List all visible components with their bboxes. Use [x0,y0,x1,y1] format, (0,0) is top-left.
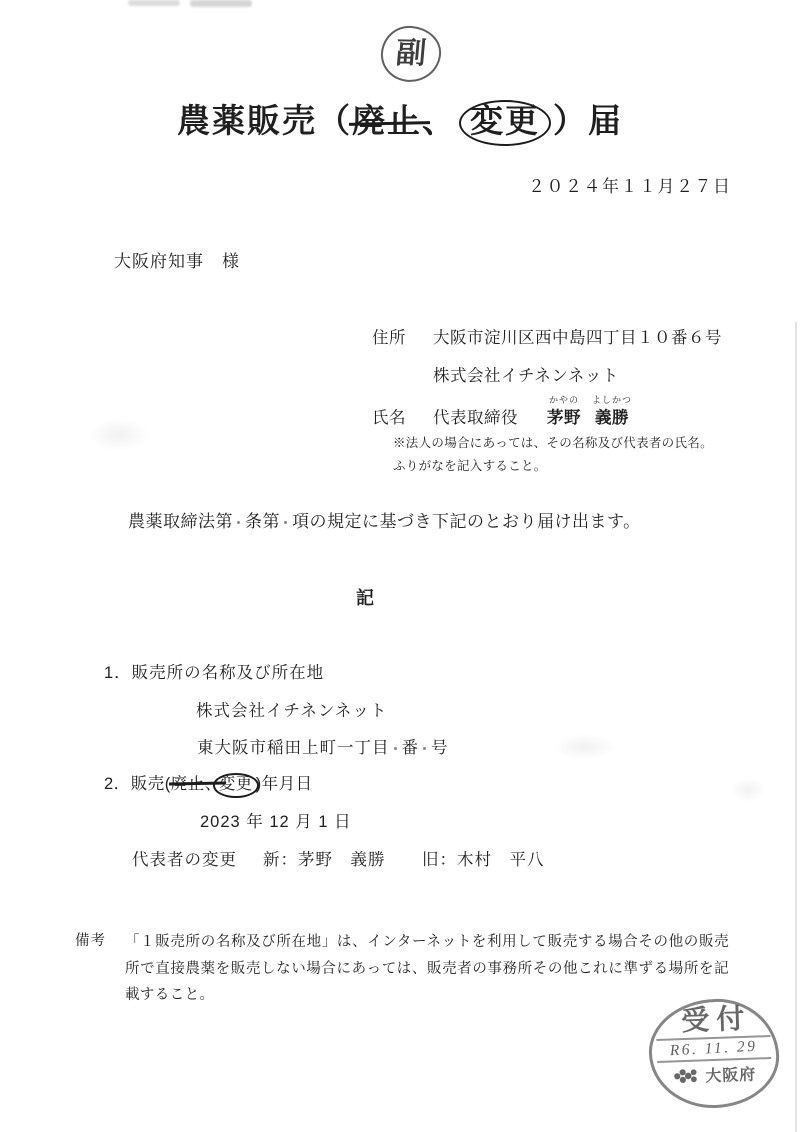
title-struck-haishi: 廃止 [352,98,422,144]
law-sentence: 農薬取締法第条第項の規定に基づき下記のとおり届け出ます。 [128,507,641,532]
title-prefix: 農薬販売（ [177,102,352,139]
section1-company: 株式会社イチネンネット [196,697,387,721]
copy-stamp-label: 副 [395,39,428,69]
last-name-with-furigana: かやの茅野 [547,404,581,428]
note-line-2: ふりがなを記入すること。 [393,455,713,478]
title-circled-henkou: 変更 [459,100,551,146]
old-name: 木村 平八 [457,851,545,869]
section1-address-part1: 東大阪市稲田上町一丁目 [197,739,390,757]
first-name-with-furigana: よしかつ義勝 [595,404,629,428]
receipt-stamp-date: R6. 11. 29 [670,1038,758,1061]
receipt-stamp-office: 大阪府 [673,1062,757,1088]
new-label: 新： [263,851,298,869]
new-name: 茅野 義勝 [298,851,386,869]
address-value: 大阪市淀川区西中島四丁目１０番６号 [433,324,722,348]
first-name: 義勝 [595,409,629,427]
legal-entity-note: ※法人の場合にあっては、その名称及び代表者の氏名。 ふりがなを記入すること。 [393,432,713,478]
name-label: 氏名 [372,404,406,428]
law-part-1: 農薬取締法第 [128,512,233,531]
law-part-3: 項の規定に基づき下記のとおり届け出ます。 [292,512,641,531]
old-representative: 旧：木村 平八 [422,846,545,870]
scan-edge-line [795,322,797,1132]
section2-heading: 2．販売(廃止、変更)年月日 [104,770,313,798]
copy-stamp: 副 [379,24,443,84]
receipt-stamp-title: 受付 [674,1004,752,1037]
document-date: ２０２４年１１月２７日 [528,172,732,197]
section2-circled-text: 変更 [219,775,253,793]
representative-change-label: 代表者の変更 [132,846,237,870]
addressee: 大阪府知事 様 [114,247,240,272]
scan-smudge [88,418,150,452]
section2-suffix: )年月日 [256,775,313,793]
section1-address: 東大阪市稲田上町一丁目番号 [197,734,449,758]
title-struck-text: 廃止 [352,102,422,139]
scan-smudge [730,778,766,802]
furigana-last: かやの [549,393,579,406]
note-line-1: ※法人の場合にあっては、その名称及び代表者の氏名。 [393,432,713,455]
address-label: 住所 [372,324,406,348]
scan-artifact-streak [190,0,252,7]
scan-smudge [552,734,616,760]
receipt-stamp-office-name: 大阪府 [705,1062,757,1087]
title-circled-text: 変更 [470,102,540,139]
section1-heading: 1．販売所の名称及び所在地 [104,659,324,683]
section2-prefix: 販売( [131,775,171,793]
section1-address-part2: 番 [402,739,420,757]
applicant-position: 代表取締役 [433,404,518,428]
osaka-pref-emblem-icon [673,1066,704,1085]
scanned-document-page: 副 農薬販売（廃止、変更）届 ２０２４年１１月２７日 大阪府知事 様 住所 大阪… [0,0,800,1132]
law-part-2: 条第 [245,512,280,531]
receipt-stamp: 受付 R6. 11. 29 大阪府 [647,997,781,1110]
remarks-text: 「１販売所の名称及び所在地」は、インターネットを利用して販売する場合その他の販売… [125,929,729,1009]
old-label: 旧： [422,851,457,869]
remarks-label: 備考 [75,929,106,950]
scan-artifact-streak [128,0,180,6]
title-suffix: ）届 [553,102,623,139]
record-marker: 記 [356,584,376,610]
applicant-name: かやの茅野よしかつ義勝 [547,404,643,428]
document-title: 農薬販売（廃止、変更）届 [0,98,800,146]
furigana-first: よしかつ [592,393,632,406]
section2-circled-henkou: 変更 [213,773,259,798]
section2-date: 2023 年 12 月 1 日 [200,808,352,832]
new-representative: 新：茅野 義勝 [263,846,386,870]
applicant-company: 株式会社イチネンネット [433,362,619,386]
section2-number: 2． [104,775,131,793]
section1-address-part3: 号 [431,739,449,757]
last-name: 茅野 [547,409,581,427]
